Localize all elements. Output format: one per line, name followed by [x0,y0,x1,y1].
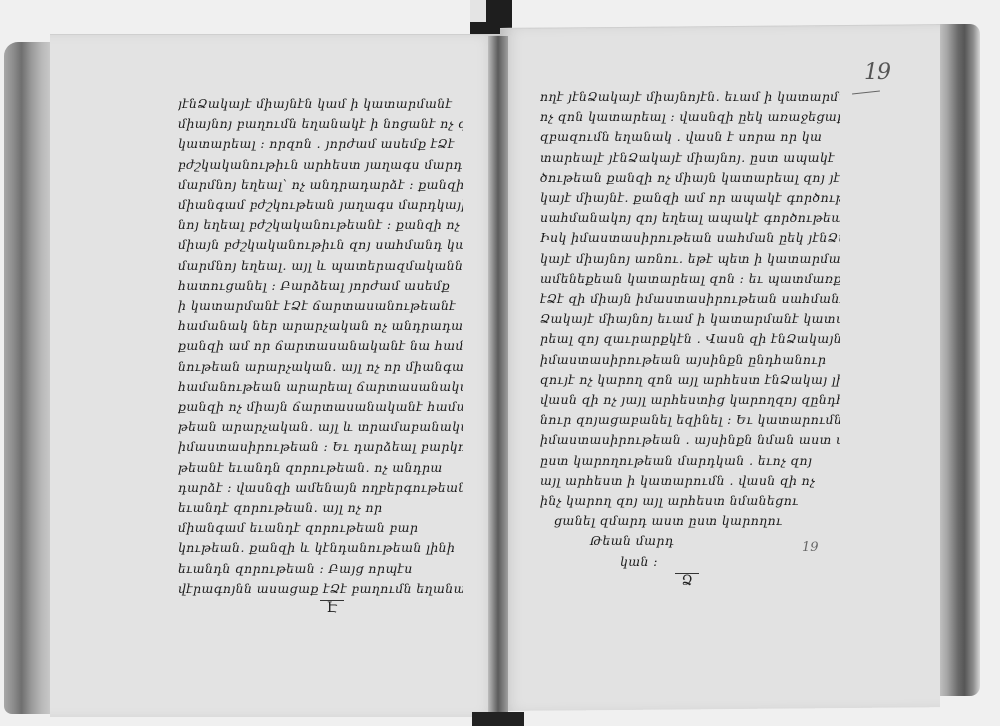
manuscript-line: զբազումն եղանակ ․ վասն է սորա որ կա [540,127,840,147]
manuscript-line: կութեան․ քանզի և կէնդանութեան լինի [178,538,463,558]
manuscript-line: քանզի ամ որ ճարտասանականէ նա համա [178,336,463,356]
manuscript-line: ի կատարմանէ էՁէ ճարտասանութեանէ [178,296,463,316]
binding-strap-shadow [470,0,486,22]
manuscript-line: Իսկ իմաստասիրութեան սահման ըեկ յէնՁա [540,228,840,248]
manuscript-line: Ձակայէ միայնոյ եւամ ի կատարմանէ կատա [540,309,840,329]
manuscript-line: իմաստասիրութեան ․ այսինքն նման աստ ածոյ [540,430,840,450]
manuscript-line: ըստ կարողութեան մարդկան ․ եւոչ զոյ [540,451,840,471]
manuscript-line: միայնոյ բաղումն եղանակէ ի նոցանէ ոչ զոն [178,114,463,134]
bottom-folio-note: 19 [802,540,819,555]
manuscript-line: րեալ զոյ զաւրարքկէն ․ Վասն զի էնՁակայն [540,329,840,349]
manuscript-line: կայէ միայնոյ առնու․ եթէ պետ ի կատարմանէ․ [540,249,840,269]
right-page-text: ողէ յէնՁակայէ միայնոյէն․ եւամ ի կատարման… [540,87,840,572]
manuscript-line: վասն զի ոչ յայլ արհեստից կարողզոյ զընդհա [540,390,840,410]
manuscript-line: յէնՁակայէ միայնէն կամ ի կատարմանէ [178,94,463,114]
manuscript-line: բժշկականութիւն արհեստ յաղագս մարդկային [178,155,463,175]
left-page-text: յէնՁակայէ միայնէն կամ ի կատարմանէմիայնոյ… [178,94,463,599]
left-signature-mark: Է [320,600,344,615]
manuscript-line: դարձէ ։ վասնզի ամենայն ողբերգութեանէ․ [178,478,463,498]
manuscript-line: Թեան մարդ [540,531,840,551]
right-page-block-edges [936,24,980,696]
book-gutter [488,36,508,712]
manuscript-line: եւանդէ զորութեան․ այլ ոչ որ [178,498,463,518]
manuscript-line: իմաստասիրութեան ։ Եւ դարձեալ բարկու [178,437,463,457]
manuscript-line: թեան արարչական․ այլ և տրամաբանական [178,417,463,437]
manuscript-line: ոչ զոն կատարեալ ։ վասնզի ըեկ առաջեցաք [540,107,840,127]
manuscript-line: էՁէ զի միայն իմաստասիրութեան սահմանէ յէն [540,289,840,309]
manuscript-line: միայն բժշկականութիւն զոյ սահմանդ կային [178,235,463,255]
manuscript-line: թեանէ եւանդն զորութեան․ ոչ անդրա [178,458,463,478]
manuscript-line: կայէ միայնէ․ քանզի ամ որ ապակէ գործութեա… [540,188,840,208]
folio-number: 19 [864,60,890,85]
manuscript-line: իմաստասիրութեան այսինքն ընդհանուր [540,350,840,370]
binding-strap-bottom [472,712,524,726]
manuscript-line: մարմնոյ եղեալ․ այլ և պատերազմականն ևս նմ… [178,256,463,276]
manuscript-line: համանակ ներ արարչական ոչ անդրադարձէ ։ [178,316,463,336]
manuscript-line: տարեալէ յէնՁակայէ միայնոյ․ ըստ ապակէ գոր [540,148,840,168]
manuscript-line: համանութեան արարեալ ճարտասանականէ ։ [178,377,463,397]
manuscript-line: սահմանակոյ զոյ եղեալ ապակէ գործութեանէ ։ [540,208,840,228]
manuscript-line: հատուցանել ։ Բարձեալ յորժամ ասեմք [178,276,463,296]
manuscript-line: եւանդն զորութեան ։ Բայց որպէս [178,559,463,579]
manuscript-line: վէրագոյնն ասացաք էՁէ բաղումն եղանակէ [178,579,463,599]
manuscript-line: ծութեան քանզի ոչ միայն կատարեալ զոյ յէնՁ… [540,168,840,188]
left-page-block-edges [4,42,54,714]
manuscript-line: միանգամ եւանդէ զորութեան բար [178,518,463,538]
manuscript-line: նուր զոյացաբանել եզինել ։ Եւ կատարումն [540,410,840,430]
manuscript-line: զույէ ոչ կարող զոն այլ արհեստ էնՁակայ լի… [540,370,840,390]
manuscript-line: քանզի ոչ միայն ճարտասանականէ համանու [178,397,463,417]
manuscript-line: այլ արհեստ ի կատարումն ․ վասն զի ոչ [540,471,840,491]
manuscript-line: միանգամ բժշկութեան յաղագս մարդկային մարմ [178,195,463,215]
right-signature-mark: Ձ [675,573,699,588]
manuscript-line: մարմնոյ եղեալ՝ ոչ անդրադարձէ ։ քանզի որ [178,175,463,195]
manuscript-line: կատարեալ ։ որզոն ․ յորժամ ասեմք էՁէ [178,134,463,154]
manuscript-line: ամենեքեան կատարեալ զոն ։ եւ պատմառք․ [540,269,840,289]
manuscript-line: ինչ կարող զոյ այլ արհեստ նմանեցու [540,491,840,511]
manuscript-line: նոյ եղեալ բժշկականութեանէ ։ քանզի ոչ [178,215,463,235]
manuscript-line: ողէ յէնՁակայէ միայնոյէն․ եւամ ի կատարման… [540,87,840,107]
manuscript-line: կան ։ [540,552,840,572]
manuscript-line: նութեան արարչական․ այլ ոչ որ միանգամ [178,357,463,377]
manuscript-line: ցանել զմարդ աստ ըստ կարողու [540,511,840,531]
